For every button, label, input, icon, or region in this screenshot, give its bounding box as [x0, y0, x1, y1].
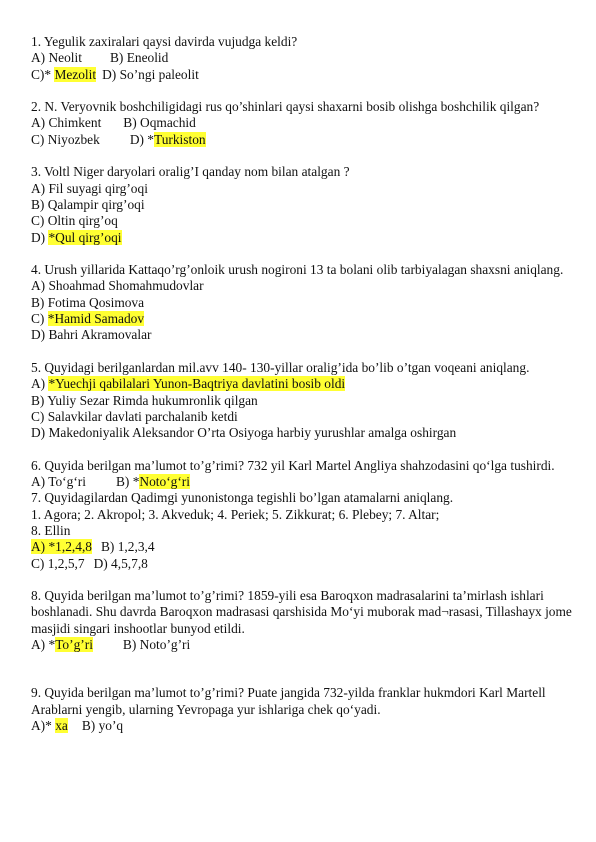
options-row: C)* MezolitD) So’ngi paleolit	[31, 67, 576, 83]
term-list: 1. Agora; 2. Akropol; 3. Akveduk; 4. Per…	[31, 507, 576, 523]
option-c: C) Salavkilar davlati parchalanib ketdi	[31, 409, 576, 425]
term-list-continued: 8. Ellin	[31, 523, 576, 539]
question-2: 2. N. Veryovnik boshchiligidagi rus qo’s…	[31, 99, 576, 148]
option-a: A) Shoahmad Shomahmudovlar	[31, 278, 576, 294]
options-row: A)* xaB) yo’q	[31, 718, 576, 734]
option-a: A) Neolit	[31, 50, 82, 65]
option-b-prefix: B) *	[116, 474, 139, 489]
option-b: B) Noto’g’ri	[123, 637, 190, 652]
option-a: A) Chimkent	[31, 115, 101, 130]
question-stem: 5. Quyidagi berilganlardan mil.avv 140- …	[31, 360, 576, 376]
question-5: 5. Quyidagi berilganlardan mil.avv 140- …	[31, 360, 576, 441]
question-stem: 3. Voltl Niger daryolari oralig’I qanday…	[31, 164, 576, 180]
options-row: A) ChimkentB) Oqmachid	[31, 115, 576, 131]
question-3: 3. Voltl Niger daryolari oralig’I qanday…	[31, 164, 576, 245]
option-b: B) Qalampir qirg’oqi	[31, 197, 576, 213]
question-9: 9. Quyida berilgan ma’lumot to’g’rimi? P…	[31, 685, 576, 734]
option-a-prefix: A) *	[31, 637, 55, 652]
question-4: 4. Urush yillarida Kattaqo’rg’onloik uru…	[31, 262, 576, 343]
option-a-answer-highlight: To’g’ri	[55, 637, 93, 652]
option-c: C) 1,2,5,7	[31, 556, 85, 571]
option-d-prefix: D)	[31, 230, 48, 245]
document-page: 1. Yegulik zaxiralari qaysi davirda vuju…	[31, 34, 576, 734]
option-b: B) 1,2,3,4	[101, 539, 155, 554]
option-b: B) Eneolid	[110, 50, 168, 65]
option-a-answer-highlight: *Yuechji qabilalari Yunon-Baqtriya davla…	[48, 376, 345, 391]
question-stem: 8. Quyida berilgan ma’lumot to’g’rimi? 1…	[31, 588, 576, 637]
options-row: C) *Hamid Samadov	[31, 311, 576, 327]
question-stem: 4. Urush yillarida Kattaqo’rg’onloik uru…	[31, 262, 576, 278]
question-stem: 9. Quyida berilgan ma’lumot to’g’rimi? P…	[31, 685, 576, 718]
option-d: D) Makedoniyalik Aleksandor O’rta Osiyog…	[31, 425, 576, 441]
option-a: A) Fil suyagi qirg’oqi	[31, 181, 576, 197]
option-a-prefix: A)*	[31, 718, 55, 733]
option-d: D) Bahri Akramovalar	[31, 327, 576, 343]
option-d-answer-highlight: *Qul qirg’oqi	[48, 230, 121, 245]
question-1: 1. Yegulik zaxiralari qaysi davirda vuju…	[31, 34, 576, 83]
question-7: 7. Quyidagilardan Qadimgi yunonistonga t…	[31, 490, 576, 571]
option-c: C) Niyozbek	[31, 132, 100, 147]
option-a: A) To‘g‘ri	[31, 474, 86, 489]
option-d-prefix: D) *	[130, 132, 154, 147]
option-b: B) Fotima Qosimova	[31, 295, 576, 311]
option-a-answer-highlight: xa	[55, 718, 68, 733]
option-a-answer-highlight: A) *1,2,4,8	[31, 539, 92, 554]
option-c-answer-highlight: *Hamid Samadov	[48, 311, 144, 326]
question-stem: 6. Quyida berilgan ma’lumot to’g’rimi? 7…	[31, 458, 576, 474]
options-row: C) 1,2,5,7D) 4,5,7,8	[31, 556, 576, 572]
question-stem: 7. Quyidagilardan Qadimgi yunonistonga t…	[31, 490, 576, 506]
question-stem: 2. N. Veryovnik boshchiligidagi rus qo’s…	[31, 99, 576, 115]
options-row: A) *To’g’riB) Noto’g’ri	[31, 637, 576, 653]
option-d: D) 4,5,7,8	[94, 556, 148, 571]
option-c-answer-highlight: Mezolit	[54, 67, 96, 82]
options-row: A) To‘g‘riB) *Noto‘g‘ri	[31, 474, 576, 490]
option-b: B) Yuliy Sezar Rimda hukumronlik qilgan	[31, 393, 576, 409]
question-stem: 1. Yegulik zaxiralari qaysi davirda vuju…	[31, 34, 576, 50]
option-c: C) Oltin qirg’oq	[31, 213, 576, 229]
option-b: B) yo’q	[82, 718, 123, 733]
question-6: 6. Quyida berilgan ma’lumot to’g’rimi? 7…	[31, 458, 576, 491]
question-8: 8. Quyida berilgan ma’lumot to’g’rimi? 1…	[31, 588, 576, 653]
options-row: C) NiyozbekD) *Turkiston	[31, 132, 576, 148]
options-row: A) NeolitB) Eneolid	[31, 50, 576, 66]
options-row: A) *1,2,4,8B) 1,2,3,4	[31, 539, 576, 555]
option-d-answer-highlight: Turkiston	[154, 132, 206, 147]
option-c-prefix: C)*	[31, 67, 54, 82]
options-row: D) *Qul qirg’oqi	[31, 230, 576, 246]
option-b: B) Oqmachid	[123, 115, 196, 130]
options-row: A) *Yuechji qabilalari Yunon-Baqtriya da…	[31, 376, 576, 392]
option-d: D) So’ngi paleolit	[102, 67, 199, 82]
option-b-answer-highlight: Noto‘g‘ri	[139, 474, 190, 489]
option-a-prefix: A)	[31, 376, 48, 391]
option-c-prefix: C)	[31, 311, 48, 326]
